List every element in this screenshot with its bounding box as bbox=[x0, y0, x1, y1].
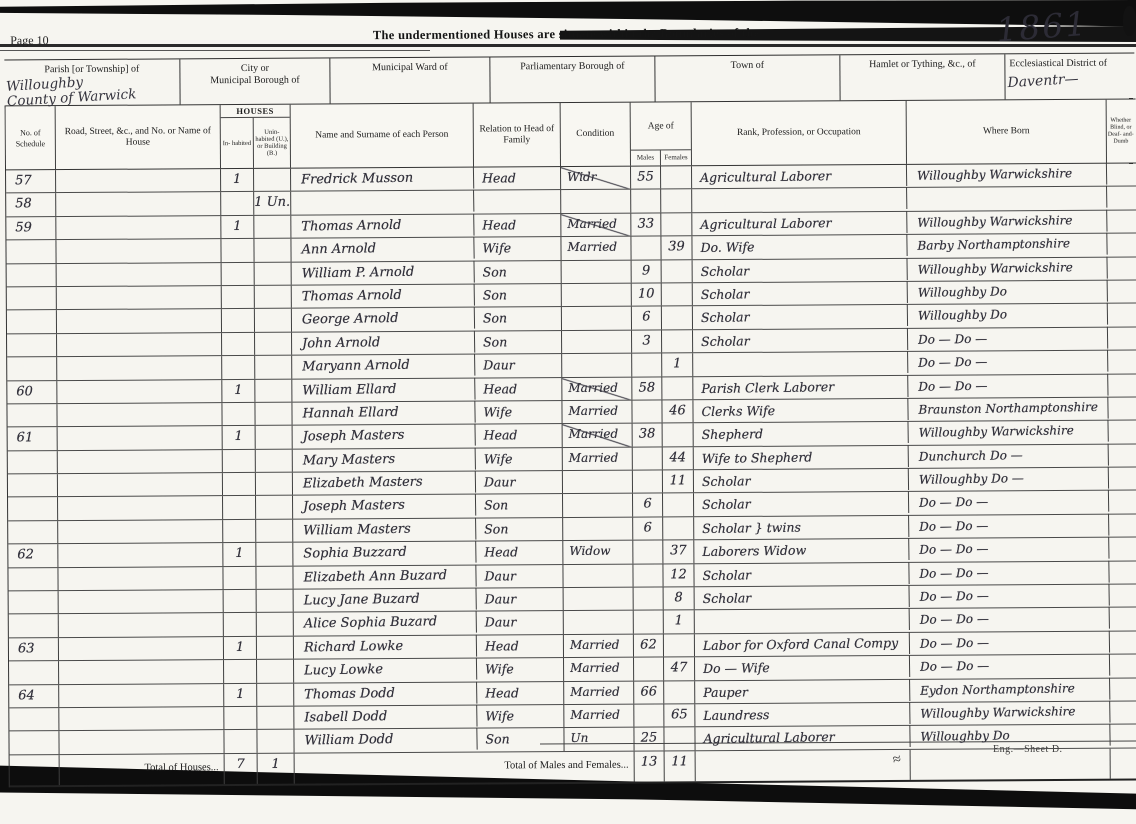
road-cell bbox=[57, 403, 222, 426]
relation-cell: Head bbox=[477, 682, 564, 705]
col-header-uninhabited: Unin- habited (U.), or Building (B.) bbox=[254, 118, 290, 168]
schedule-number: 58 bbox=[6, 194, 56, 217]
inhabited-cell bbox=[222, 286, 255, 309]
boundary-cell: City or Municipal Borough of bbox=[180, 58, 330, 105]
disability-cell bbox=[1108, 374, 1136, 397]
condition-cell: Married bbox=[563, 424, 633, 447]
boundary-label: City or Municipal Borough of bbox=[180, 58, 329, 87]
uninhabited-cell bbox=[257, 590, 294, 613]
disability-cell bbox=[1107, 210, 1135, 233]
person-name: Mary Masters bbox=[293, 447, 476, 472]
person-name: Thomas Arnold bbox=[292, 284, 475, 309]
age-females-cell: 12 bbox=[663, 564, 694, 587]
inhabited-cell bbox=[224, 590, 257, 613]
occupation-cell: Scholar bbox=[694, 585, 909, 611]
handwritten-line: Daventr— bbox=[1007, 72, 1079, 91]
road-cell bbox=[59, 684, 224, 707]
condition-cell: Married bbox=[562, 377, 632, 400]
age-females-cell bbox=[664, 634, 695, 657]
disability-cell bbox=[1109, 444, 1136, 467]
age-females-cell bbox=[664, 681, 695, 704]
occupation-cell: Labor for Oxford Canal Compy bbox=[695, 632, 910, 658]
table-rows: 57 1 Fredrick Musson Head Widr 55 Agricu… bbox=[6, 164, 1136, 756]
age-males-cell bbox=[631, 237, 661, 260]
person-name: Sophia Buzzard bbox=[293, 541, 476, 566]
condition-cell bbox=[563, 564, 633, 587]
age-males-cell bbox=[634, 611, 664, 634]
age-females-cell: 1 bbox=[662, 353, 693, 376]
person-name: Maryann Arnold bbox=[292, 354, 475, 379]
schedule-number bbox=[7, 287, 57, 310]
road-cell bbox=[57, 286, 222, 309]
boundary-label: Town of bbox=[655, 55, 839, 72]
age-females-cell: 37 bbox=[663, 540, 694, 563]
disability-cell bbox=[1110, 608, 1136, 631]
schedule-number: 59 bbox=[6, 217, 56, 240]
relation-cell: Son bbox=[477, 728, 564, 751]
schedule-number bbox=[8, 474, 58, 497]
person-name: Isabell Dodd bbox=[294, 705, 477, 730]
age-males-cell: 3 bbox=[632, 330, 662, 353]
boundary-cell: Municipal Ward of bbox=[330, 57, 490, 104]
age-males-cell bbox=[633, 447, 663, 470]
relation-cell: Head bbox=[475, 378, 562, 401]
birthplace-cell: Willoughby Warwickshire bbox=[908, 420, 1108, 446]
age-females-cell bbox=[662, 283, 693, 306]
person-name: Thomas Dodd bbox=[294, 681, 477, 706]
total-houses-uninhabited: 1 bbox=[258, 753, 295, 783]
col-header-relation: Relation to Head of Family bbox=[474, 103, 561, 167]
person-name: Alice Sophia Buzard bbox=[294, 611, 477, 636]
condition-cell: Married bbox=[564, 634, 634, 657]
occupation-cell: Scholar bbox=[693, 328, 908, 354]
person-name: Elizabeth Ann Buzard bbox=[293, 564, 476, 589]
occupation-cell: Scholar bbox=[693, 304, 908, 330]
disability-cell bbox=[1107, 234, 1135, 257]
age-males-cell: 6 bbox=[633, 494, 663, 517]
disability-cell bbox=[1109, 514, 1136, 537]
person-name: William Dodd bbox=[294, 728, 477, 753]
disability-cell bbox=[1107, 187, 1135, 210]
boundary-cell: Ecclesiastical District of Daventr— bbox=[1005, 54, 1134, 101]
schedule-number bbox=[7, 404, 57, 427]
age-males-cell bbox=[633, 541, 663, 564]
schedule-number: 62 bbox=[8, 544, 58, 567]
inhabited-cell bbox=[222, 403, 255, 426]
disability-cell bbox=[1109, 538, 1136, 561]
road-cell bbox=[58, 426, 223, 449]
age-males-cell bbox=[633, 564, 663, 587]
birthplace-cell: Do — Do — bbox=[910, 654, 1110, 680]
age-females-cell bbox=[662, 330, 693, 353]
condition-cell bbox=[562, 330, 632, 353]
disability-cell bbox=[1108, 397, 1136, 420]
census-sheet: Page 10 The undermentioned Houses are si… bbox=[0, 0, 1136, 824]
occupation-cell: Parish Clerk Laborer bbox=[693, 375, 908, 401]
age-females-cell: 47 bbox=[664, 657, 695, 680]
uninhabited-cell bbox=[257, 660, 294, 683]
birthplace-cell: Willoughby Warwickshire bbox=[907, 163, 1107, 189]
occupation-cell: Scholar bbox=[693, 281, 908, 307]
age-females-cell bbox=[663, 424, 694, 447]
uninhabited-cell bbox=[257, 707, 294, 730]
schedule-number bbox=[7, 310, 57, 333]
uninhabited-cell bbox=[255, 262, 292, 285]
condition-cell bbox=[562, 354, 632, 377]
uninhabited-cell bbox=[257, 730, 294, 753]
road-cell bbox=[59, 707, 224, 730]
occupation-cell: Clerks Wife bbox=[693, 398, 908, 424]
uninhabited-cell bbox=[256, 520, 293, 543]
relation-cell: Head bbox=[477, 635, 564, 658]
col-header-name: Name and Surname of each Person bbox=[291, 104, 474, 168]
age-females-cell: 11 bbox=[663, 470, 694, 493]
uninhabited-cell bbox=[256, 449, 293, 472]
person-name: Lucy Jane Buzard bbox=[293, 588, 476, 613]
boundary-cell: Town of bbox=[655, 55, 840, 102]
totals-born-cell bbox=[911, 748, 1111, 779]
road-cell bbox=[59, 590, 224, 613]
inhabited-cell bbox=[221, 239, 254, 262]
condition-cell: Married bbox=[562, 401, 632, 424]
schedule-number: 63 bbox=[9, 638, 59, 661]
person-name: Fredrick Musson bbox=[291, 167, 474, 192]
condition-cell: Widr bbox=[561, 167, 631, 190]
condition-cell: Married bbox=[561, 237, 631, 260]
schedule-number: 61 bbox=[8, 427, 58, 450]
person-name: George Arnold bbox=[292, 307, 475, 332]
inhabited-cell: 1 bbox=[222, 379, 255, 402]
schedule-number: 64 bbox=[9, 685, 59, 708]
uninhabited-cell bbox=[255, 332, 292, 355]
person-name: Thomas Arnold bbox=[291, 213, 474, 238]
inhabited-cell bbox=[223, 450, 256, 473]
occupation-cell: Pauper bbox=[695, 679, 910, 705]
inhabited-cell bbox=[223, 473, 256, 496]
boundary-label: Ecclesiastical District of bbox=[1005, 54, 1134, 71]
relation-cell: Son bbox=[475, 331, 562, 354]
birthplace-cell: Do — Do — bbox=[910, 630, 1110, 656]
age-females-cell bbox=[661, 213, 692, 236]
age-females-cell bbox=[662, 377, 693, 400]
col-header-schedule: No. of Schedule bbox=[6, 106, 56, 169]
occupation-cell: Do — Wife bbox=[695, 655, 910, 681]
schedule-number bbox=[9, 615, 59, 638]
total-persons-label: Total of Males and Females... bbox=[295, 751, 635, 783]
road-cell bbox=[59, 660, 224, 683]
col-header-age: Age of Males Females bbox=[631, 102, 692, 165]
disability-cell bbox=[1110, 655, 1136, 678]
schedule-number: 60 bbox=[7, 381, 57, 404]
disability-cell bbox=[1108, 304, 1136, 327]
inhabited-cell bbox=[222, 309, 255, 332]
road-cell bbox=[58, 567, 223, 590]
birthplace-cell: Braunston Northamptonshire bbox=[908, 397, 1108, 423]
inhabited-cell: 1 bbox=[223, 543, 256, 566]
relation-cell: Wife bbox=[477, 658, 564, 681]
birthplace-cell bbox=[907, 186, 1107, 212]
inhabited-cell bbox=[223, 567, 256, 590]
road-cell bbox=[56, 216, 221, 239]
road-cell bbox=[58, 543, 223, 566]
schedule-number bbox=[8, 521, 58, 544]
birthplace-cell: Do — Do — bbox=[908, 326, 1108, 352]
boundary-cell: Hamlet or Tything, &c., of bbox=[840, 54, 1005, 101]
birthplace-cell: Willoughby Warwickshire bbox=[907, 256, 1107, 282]
condition-cell bbox=[562, 260, 632, 283]
uninhabited-cell bbox=[256, 543, 293, 566]
age-females-cell bbox=[661, 190, 692, 213]
uninhabited-cell bbox=[255, 379, 292, 402]
schedule-number bbox=[9, 661, 59, 684]
inhabited-cell: 1 bbox=[221, 216, 254, 239]
birthplace-cell: Do — Do — bbox=[910, 607, 1110, 633]
age-females-cell: 39 bbox=[661, 236, 692, 259]
birthplace-cell: Willoughby Do bbox=[908, 280, 1108, 306]
disability-cell bbox=[1109, 421, 1136, 444]
uninhabited-cell bbox=[256, 496, 293, 519]
uninhabited-cell bbox=[256, 566, 293, 589]
disability-cell bbox=[1109, 491, 1136, 514]
road-cell bbox=[57, 263, 222, 286]
col-header-males: Males bbox=[631, 150, 661, 165]
road-cell bbox=[59, 730, 224, 753]
col-header-road: Road, Street, &c., and No. or Name of Ho… bbox=[56, 105, 221, 169]
inhabited-cell bbox=[224, 730, 257, 753]
inhabited-cell: 1 bbox=[223, 426, 256, 449]
road-cell bbox=[57, 380, 222, 403]
occupation-cell: Scholar } twins bbox=[694, 515, 909, 541]
age-females-cell: 46 bbox=[662, 400, 693, 423]
age-males-cell bbox=[632, 354, 662, 377]
age-females-cell bbox=[663, 517, 694, 540]
disability-cell bbox=[1107, 164, 1135, 187]
occupation-cell: Scholar bbox=[694, 562, 909, 588]
person-name: Joseph Masters bbox=[293, 494, 476, 519]
uninhabited-cell bbox=[254, 239, 291, 262]
schedule-number bbox=[8, 498, 58, 521]
birthplace-cell: Barby Northamptonshire bbox=[907, 233, 1107, 259]
condition-cell: Married bbox=[564, 658, 634, 681]
age-males-cell: 38 bbox=[633, 424, 663, 447]
uninhabited-cell bbox=[254, 215, 291, 238]
birthplace-cell: Dunchurch Do — bbox=[909, 443, 1109, 469]
road-cell bbox=[56, 193, 221, 216]
condition-cell bbox=[564, 588, 634, 611]
birthplace-cell: Willoughby Warwickshire bbox=[910, 701, 1110, 727]
census-table: No. of Schedule Road, Street, &c., and N… bbox=[5, 99, 1136, 788]
relation-cell: Son bbox=[475, 261, 562, 284]
birthplace-cell: Do — Do — bbox=[909, 514, 1109, 540]
occupation-cell: Wife to Shepherd bbox=[694, 445, 909, 471]
totals-last-cell bbox=[1111, 748, 1136, 778]
disability-cell bbox=[1110, 631, 1136, 654]
boundary-label: Parliamentary Borough of bbox=[490, 56, 654, 73]
relation-cell: Head bbox=[474, 167, 561, 190]
person-name: William Ellard bbox=[292, 377, 475, 402]
disability-cell bbox=[1110, 585, 1136, 608]
uninhabited-cell bbox=[255, 403, 292, 426]
boundary-label: Municipal Ward of bbox=[330, 57, 489, 74]
road-cell bbox=[59, 614, 224, 637]
age-females-cell bbox=[662, 307, 693, 330]
age-males-cell: 55 bbox=[631, 166, 661, 189]
schedule-number bbox=[7, 264, 57, 287]
road-cell bbox=[58, 450, 223, 473]
age-females-cell: 1 bbox=[664, 611, 695, 634]
birthplace-cell: Do — Do — bbox=[908, 373, 1108, 399]
inhabited-cell bbox=[224, 707, 257, 730]
schedule-number bbox=[9, 591, 59, 614]
age-males-cell: 6 bbox=[633, 517, 663, 540]
table-header: No. of Schedule Road, Street, &c., and N… bbox=[6, 99, 1136, 171]
age-females-cell: 65 bbox=[664, 704, 695, 727]
age-males-cell bbox=[633, 471, 663, 494]
inhabited-cell bbox=[222, 356, 255, 379]
relation-cell: Daur bbox=[476, 471, 563, 494]
occupation-cell: Laundress bbox=[695, 702, 910, 728]
occupation-cell: Scholar bbox=[694, 468, 909, 494]
occupation-cell: Agricultural Laborer bbox=[692, 164, 907, 190]
condition-cell: Married bbox=[563, 447, 633, 470]
disability-cell bbox=[1108, 280, 1136, 303]
schedule-number bbox=[6, 240, 56, 263]
occupation-cell: Agricultural Laborer bbox=[695, 725, 910, 751]
person-name: John Arnold bbox=[292, 330, 475, 355]
birthplace-cell: Do — Do — bbox=[909, 560, 1109, 586]
age-males-cell bbox=[634, 658, 664, 681]
condition-cell bbox=[563, 471, 633, 494]
schedule-number: 57 bbox=[6, 170, 56, 193]
disability-cell bbox=[1109, 561, 1136, 584]
relation-cell bbox=[474, 190, 561, 213]
person-name: Ann Arnold bbox=[291, 237, 474, 262]
year-handwritten: 1861 bbox=[995, 4, 1090, 50]
inhabited-cell bbox=[223, 520, 256, 543]
col-header-rank: Rank, Profession, or Occupation bbox=[692, 101, 907, 165]
person-name: Hannah Ellard bbox=[292, 401, 475, 426]
age-males-cell: 33 bbox=[631, 213, 661, 236]
relation-cell: Wife bbox=[476, 448, 563, 471]
total-houses-inhabited: 7 bbox=[225, 754, 258, 784]
relation-cell: Daur bbox=[477, 611, 564, 634]
age-females-cell bbox=[664, 728, 695, 751]
age-females-cell bbox=[662, 260, 693, 283]
col-header-condition: Condition bbox=[561, 103, 631, 166]
uninhabited-cell bbox=[255, 286, 292, 309]
disability-cell bbox=[1108, 351, 1136, 374]
birthplace-cell: Willoughby Do bbox=[910, 724, 1110, 750]
age-males-cell bbox=[634, 587, 664, 610]
condition-cell bbox=[562, 307, 632, 330]
uninhabited-cell bbox=[257, 613, 294, 636]
disability-cell bbox=[1110, 725, 1136, 748]
col-header-inhabited: In- habited bbox=[221, 118, 254, 168]
age-females-cell bbox=[663, 494, 694, 517]
age-females-cell: 8 bbox=[664, 587, 695, 610]
boundary-label: Hamlet or Tything, &c., of bbox=[840, 54, 1004, 71]
age-females-cell: 44 bbox=[663, 447, 694, 470]
uninhabited-cell bbox=[255, 356, 292, 379]
condition-cell bbox=[561, 190, 631, 213]
occupation-cell: Do. Wife bbox=[692, 234, 907, 260]
person-name: William P. Arnold bbox=[291, 260, 474, 285]
road-cell bbox=[57, 333, 222, 356]
age-males-cell: 9 bbox=[632, 260, 662, 283]
disability-cell bbox=[1109, 468, 1136, 491]
uninhabited-cell bbox=[254, 169, 291, 192]
occupation-cell: Agricultural Laborer bbox=[692, 211, 907, 237]
age-males-cell bbox=[634, 704, 664, 727]
condition-cell: Married bbox=[561, 213, 631, 236]
col-header-disability: Whether Blind, or Deaf- and-Dumb bbox=[1107, 100, 1135, 163]
condition-cell bbox=[563, 517, 633, 540]
relation-cell: Head bbox=[476, 541, 563, 564]
disability-cell bbox=[1110, 702, 1136, 725]
occupation-cell: Shepherd bbox=[693, 421, 908, 447]
relation-cell: Daur bbox=[475, 354, 562, 377]
occupation-cell: Scholar bbox=[694, 491, 909, 517]
birthplace-cell: Willoughby Do — bbox=[909, 467, 1109, 493]
person-name: Elizabeth Masters bbox=[293, 471, 476, 496]
birthplace-cell: Do — Do — bbox=[908, 350, 1108, 376]
total-houses-label: Total of Houses... bbox=[60, 754, 225, 785]
occupation-cell: Scholar bbox=[692, 258, 907, 284]
sheet-title: The undermentioned Houses are situate wi… bbox=[0, 24, 1134, 46]
inhabited-cell bbox=[222, 333, 255, 356]
uninhabited-cell bbox=[256, 473, 293, 496]
age-males-cell: 10 bbox=[632, 283, 662, 306]
age-males-cell: 6 bbox=[632, 307, 662, 330]
age-males-cell: 25 bbox=[634, 728, 664, 751]
boundary-handwritten-value: Daventr— bbox=[1007, 72, 1079, 91]
road-cell bbox=[59, 637, 224, 660]
schedule-number bbox=[8, 568, 58, 591]
relation-cell: Son bbox=[476, 495, 563, 518]
inhabited-cell bbox=[224, 613, 257, 636]
road-cell bbox=[57, 309, 222, 332]
col-header-females: Females bbox=[661, 150, 691, 165]
disability-cell bbox=[1108, 257, 1136, 280]
relation-cell: Wife bbox=[474, 237, 561, 260]
person-name: Richard Lowke bbox=[294, 634, 477, 659]
occupation-cell bbox=[695, 608, 910, 634]
totals-schedule-cell bbox=[10, 755, 60, 785]
houses-label: HOUSES bbox=[221, 105, 290, 118]
uninhabited-cell bbox=[256, 426, 293, 449]
birthplace-cell: Willoughby Do bbox=[908, 303, 1108, 329]
age-males-cell: 58 bbox=[632, 377, 662, 400]
inhabited-cell: 1 bbox=[221, 169, 254, 192]
relation-cell: Son bbox=[475, 284, 562, 307]
person-name: Lucy Lowke bbox=[294, 658, 477, 683]
age-males-cell: 62 bbox=[634, 634, 664, 657]
uninhabited-cell bbox=[255, 309, 292, 332]
road-cell bbox=[57, 356, 222, 379]
boundary-cell: Parliamentary Borough of bbox=[490, 56, 655, 103]
inhabited-cell bbox=[223, 496, 256, 519]
age-label: Age of bbox=[631, 102, 691, 149]
schedule-number bbox=[9, 731, 59, 754]
birthplace-cell: Do — Do — bbox=[909, 584, 1109, 610]
disability-cell bbox=[1108, 327, 1136, 350]
birthplace-cell: Do — Do — bbox=[909, 490, 1109, 516]
relation-cell: Daur bbox=[477, 588, 564, 611]
totals-row: Total of Houses... 7 1 Total of Males an… bbox=[10, 748, 1136, 787]
schedule-number bbox=[8, 451, 58, 474]
schedule-number bbox=[7, 334, 57, 357]
age-females-cell bbox=[661, 166, 692, 189]
